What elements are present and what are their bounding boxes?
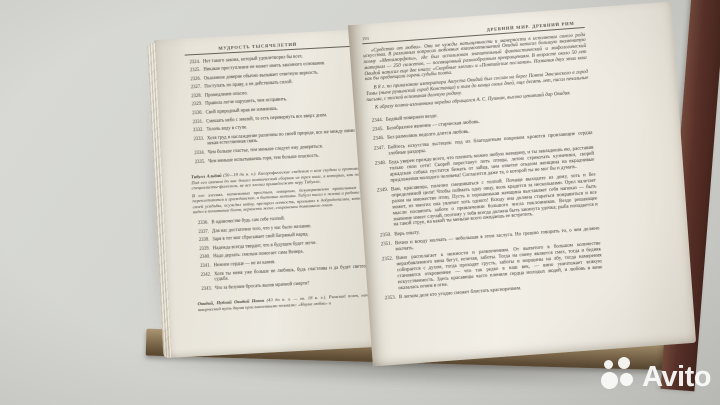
entry-number: 2328. bbox=[187, 93, 205, 99]
entry-number: 2324. bbox=[185, 59, 203, 65]
entry-number: 2327. bbox=[186, 85, 204, 91]
right-page: 193 ДРЕВНИЙ МИР. ДРЕВНИЙ РИМ «Средство о… bbox=[348, 2, 696, 367]
entry-number: 2336. bbox=[193, 220, 211, 226]
entry-number: 2351. bbox=[377, 241, 396, 254]
entry-number: 2340. bbox=[195, 255, 213, 261]
entry-number: 2338. bbox=[194, 238, 212, 244]
avito-watermark: Avito bbox=[601, 357, 711, 397]
entry-number: 2350. bbox=[376, 232, 394, 239]
aphorism-list-tibullus: 2336. В одиночестве будь сам себе толпой… bbox=[193, 212, 379, 293]
entry-number: 2345. bbox=[369, 127, 387, 134]
page-number: 193 bbox=[362, 36, 369, 41]
entry-number: 2341. bbox=[196, 263, 214, 269]
entry-number: 2347. bbox=[370, 145, 389, 158]
entry-number: 2331. bbox=[188, 119, 206, 125]
entry-number: 2344. bbox=[368, 118, 386, 125]
entry-number: 2329. bbox=[187, 102, 205, 108]
entry-number: 2348. bbox=[371, 161, 391, 186]
entry-number: 2332. bbox=[189, 128, 207, 134]
entry-number: 2335. bbox=[190, 159, 208, 165]
entry-number: 2330. bbox=[188, 111, 206, 117]
entry-number: 2337. bbox=[194, 229, 212, 235]
entry-number: 2339. bbox=[195, 246, 213, 252]
entry-number: 2334. bbox=[190, 150, 208, 156]
aphorism-list-ovid: 2344. Бедный повержен везде. 2345. Безоб… bbox=[368, 103, 604, 303]
running-head-title: МУДРОСТЬ ТЫСЯЧЕЛЕТИЙ bbox=[218, 42, 297, 51]
right-page-content: 193 ДРЕВНИЙ МИР. ДРЕВНИЙ РИМ «Средство о… bbox=[362, 20, 604, 303]
avito-wordmark: Avito bbox=[642, 363, 711, 392]
entry-number: 2325. bbox=[185, 68, 203, 74]
entry-number: 2343. bbox=[197, 286, 215, 292]
avito-logo-icon bbox=[601, 357, 637, 397]
book-photo: МУДРОСТЬ ТЫСЯЧЕЛЕТИЙ 192 2324. Нет таког… bbox=[0, 0, 720, 405]
entry-number: 2326. bbox=[186, 76, 204, 82]
running-head-title: ДРЕВНИЙ МИР. ДРЕВНИЙ РИМ bbox=[487, 21, 575, 32]
entry-number: 2333. bbox=[189, 136, 208, 148]
aphorism-list-livy: 2324. Нет такого закона, который удовлет… bbox=[185, 51, 373, 166]
entry-number: 2353. bbox=[381, 295, 399, 302]
entry-number: 2346. bbox=[369, 136, 387, 143]
entry-number: 2342. bbox=[196, 272, 215, 284]
